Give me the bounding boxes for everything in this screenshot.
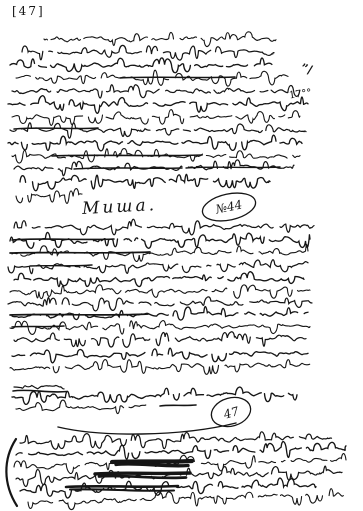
archival-page-number: [47] [12, 4, 45, 18]
manuscript-page: №44 47 [47] Миша. ”/ 17°° [0, 0, 363, 511]
circled-annotation-44-label: №44 [214, 197, 244, 216]
circled-annotation-47-label: 47 [221, 404, 241, 422]
circled-annotation-47: 47 [208, 393, 254, 431]
section-heading: Миша. [82, 195, 158, 219]
handwriting-lines [6, 32, 346, 510]
circled-annotation-44: №44 [200, 189, 258, 226]
